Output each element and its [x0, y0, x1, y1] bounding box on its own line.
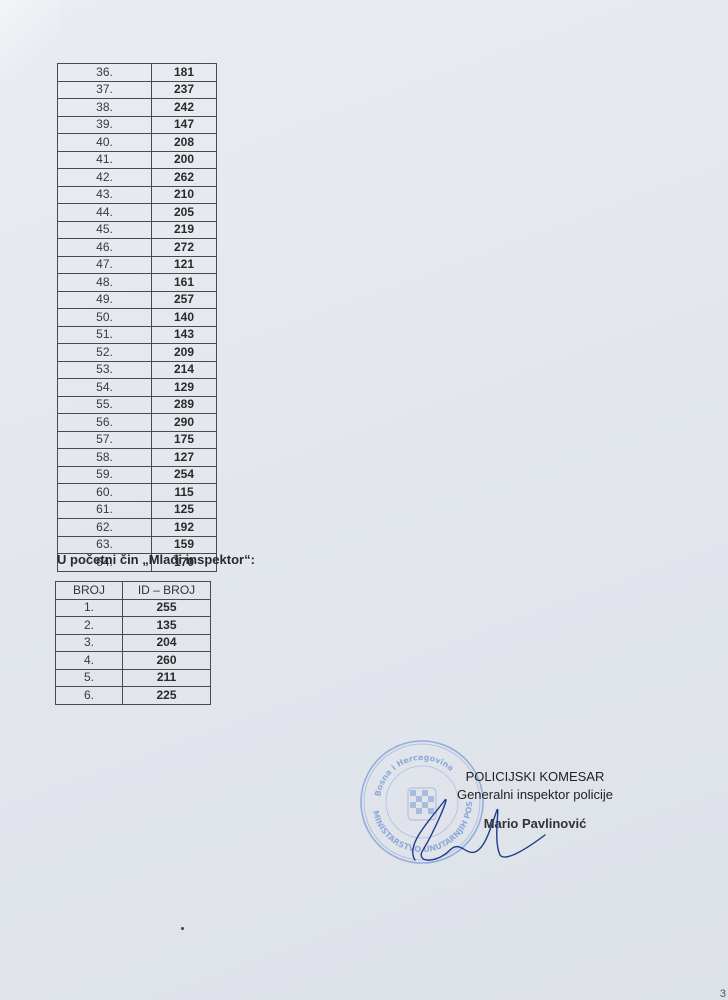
row-number: 36. — [58, 64, 152, 82]
row-number: 46. — [58, 239, 152, 257]
row-number: 55. — [58, 396, 152, 414]
row-number: 59. — [58, 466, 152, 484]
id-number: 161 — [152, 274, 217, 292]
id-number: 242 — [152, 99, 217, 117]
table-row: 52.209 — [58, 344, 217, 362]
table-row: 62.192 — [58, 519, 217, 537]
table-row: 41.200 — [58, 151, 217, 169]
row-number: 50. — [58, 309, 152, 327]
speck — [181, 927, 184, 930]
row-number: 57. — [58, 431, 152, 449]
section-heading: U početni čin „Mlađi inspektor“: — [57, 552, 255, 567]
table-row: 60.115 — [58, 484, 217, 502]
table-row: 38.242 — [58, 99, 217, 117]
column-header-number: BROJ — [56, 582, 123, 600]
id-number: 204 — [123, 634, 211, 652]
table-row: 57.175 — [58, 431, 217, 449]
id-number: 209 — [152, 344, 217, 362]
table-row: 5.211 — [56, 669, 211, 687]
row-number: 63. — [58, 536, 152, 554]
id-number: 115 — [152, 484, 217, 502]
id-number: 289 — [152, 396, 217, 414]
row-number: 62. — [58, 519, 152, 537]
id-number: 200 — [152, 151, 217, 169]
id-table-continued: 36.18137.23738.24239.14740.20841.20042.2… — [57, 63, 217, 572]
table-row: 61.125 — [58, 501, 217, 519]
id-number: 143 — [152, 326, 217, 344]
id-number: 175 — [152, 431, 217, 449]
id-number: 214 — [152, 361, 217, 379]
id-number: 254 — [152, 466, 217, 484]
id-number: 159 — [152, 536, 217, 554]
table-row: 56.290 — [58, 414, 217, 432]
table-row: 2.135 — [56, 617, 211, 635]
row-number: 39. — [58, 116, 152, 134]
row-number: 48. — [58, 274, 152, 292]
table-row: 40.208 — [58, 134, 217, 152]
table-row: 3.204 — [56, 634, 211, 652]
id-number: 290 — [152, 414, 217, 432]
row-number: 4. — [56, 652, 123, 670]
id-number: 208 — [152, 134, 217, 152]
signatory-title: POLICIJSKI KOMESAR — [420, 768, 650, 786]
row-number: 60. — [58, 484, 152, 502]
row-number: 47. — [58, 256, 152, 274]
id-number: 260 — [123, 652, 211, 670]
table-row: 53.214 — [58, 361, 217, 379]
id-number: 225 — [123, 687, 211, 705]
row-number: 42. — [58, 169, 152, 187]
row-number: 45. — [58, 221, 152, 239]
page-number: 3 — [720, 988, 726, 1000]
row-number: 52. — [58, 344, 152, 362]
row-number: 37. — [58, 81, 152, 99]
table-row: 44.205 — [58, 204, 217, 222]
row-number: 2. — [56, 617, 123, 635]
table-row: 58.127 — [58, 449, 217, 467]
table-row: 47.121 — [58, 256, 217, 274]
id-number: 255 — [123, 599, 211, 617]
page-fold-shadow — [0, 0, 60, 80]
table-row: 45.219 — [58, 221, 217, 239]
table-row: 54.129 — [58, 379, 217, 397]
id-number: 121 — [152, 256, 217, 274]
table-row: 49.257 — [58, 291, 217, 309]
id-number: 210 — [152, 186, 217, 204]
id-number: 219 — [152, 221, 217, 239]
row-number: 40. — [58, 134, 152, 152]
row-number: 49. — [58, 291, 152, 309]
id-number: 147 — [152, 116, 217, 134]
row-number: 38. — [58, 99, 152, 117]
table-row: 6.225 — [56, 687, 211, 705]
handwritten-signature — [405, 790, 555, 870]
table-row: 63.159 — [58, 536, 217, 554]
row-number: 3. — [56, 634, 123, 652]
id-number: 262 — [152, 169, 217, 187]
row-number: 5. — [56, 669, 123, 687]
id-number: 192 — [152, 519, 217, 537]
row-number: 51. — [58, 326, 152, 344]
column-header-id: ID – BROJ — [123, 582, 211, 600]
id-number: 257 — [152, 291, 217, 309]
table-row: 36.181 — [58, 64, 217, 82]
row-number: 43. — [58, 186, 152, 204]
table-row: 46.272 — [58, 239, 217, 257]
young-inspector-table: BROJ ID – BROJ 1.2552.1353.2044.2605.211… — [55, 581, 211, 705]
id-number: 181 — [152, 64, 217, 82]
id-number: 129 — [152, 379, 217, 397]
table-row: 55.289 — [58, 396, 217, 414]
id-number: 127 — [152, 449, 217, 467]
row-number: 41. — [58, 151, 152, 169]
id-number: 237 — [152, 81, 217, 99]
table-row: 48.161 — [58, 274, 217, 292]
row-number: 54. — [58, 379, 152, 397]
row-number: 58. — [58, 449, 152, 467]
table-row: 51.143 — [58, 326, 217, 344]
row-number: 61. — [58, 501, 152, 519]
row-number: 56. — [58, 414, 152, 432]
row-number: 44. — [58, 204, 152, 222]
table-row: 43.210 — [58, 186, 217, 204]
row-number: 1. — [56, 599, 123, 617]
table-row: 4.260 — [56, 652, 211, 670]
table-row: 59.254 — [58, 466, 217, 484]
id-number: 135 — [123, 617, 211, 635]
table-row: 50.140 — [58, 309, 217, 327]
row-number: 6. — [56, 687, 123, 705]
table-row: 39.147 — [58, 116, 217, 134]
id-number: 205 — [152, 204, 217, 222]
id-number: 125 — [152, 501, 217, 519]
table-row: 37.237 — [58, 81, 217, 99]
id-number: 211 — [123, 669, 211, 687]
id-number: 272 — [152, 239, 217, 257]
row-number: 53. — [58, 361, 152, 379]
table-row: 1.255 — [56, 599, 211, 617]
id-number: 140 — [152, 309, 217, 327]
table-row: 42.262 — [58, 169, 217, 187]
